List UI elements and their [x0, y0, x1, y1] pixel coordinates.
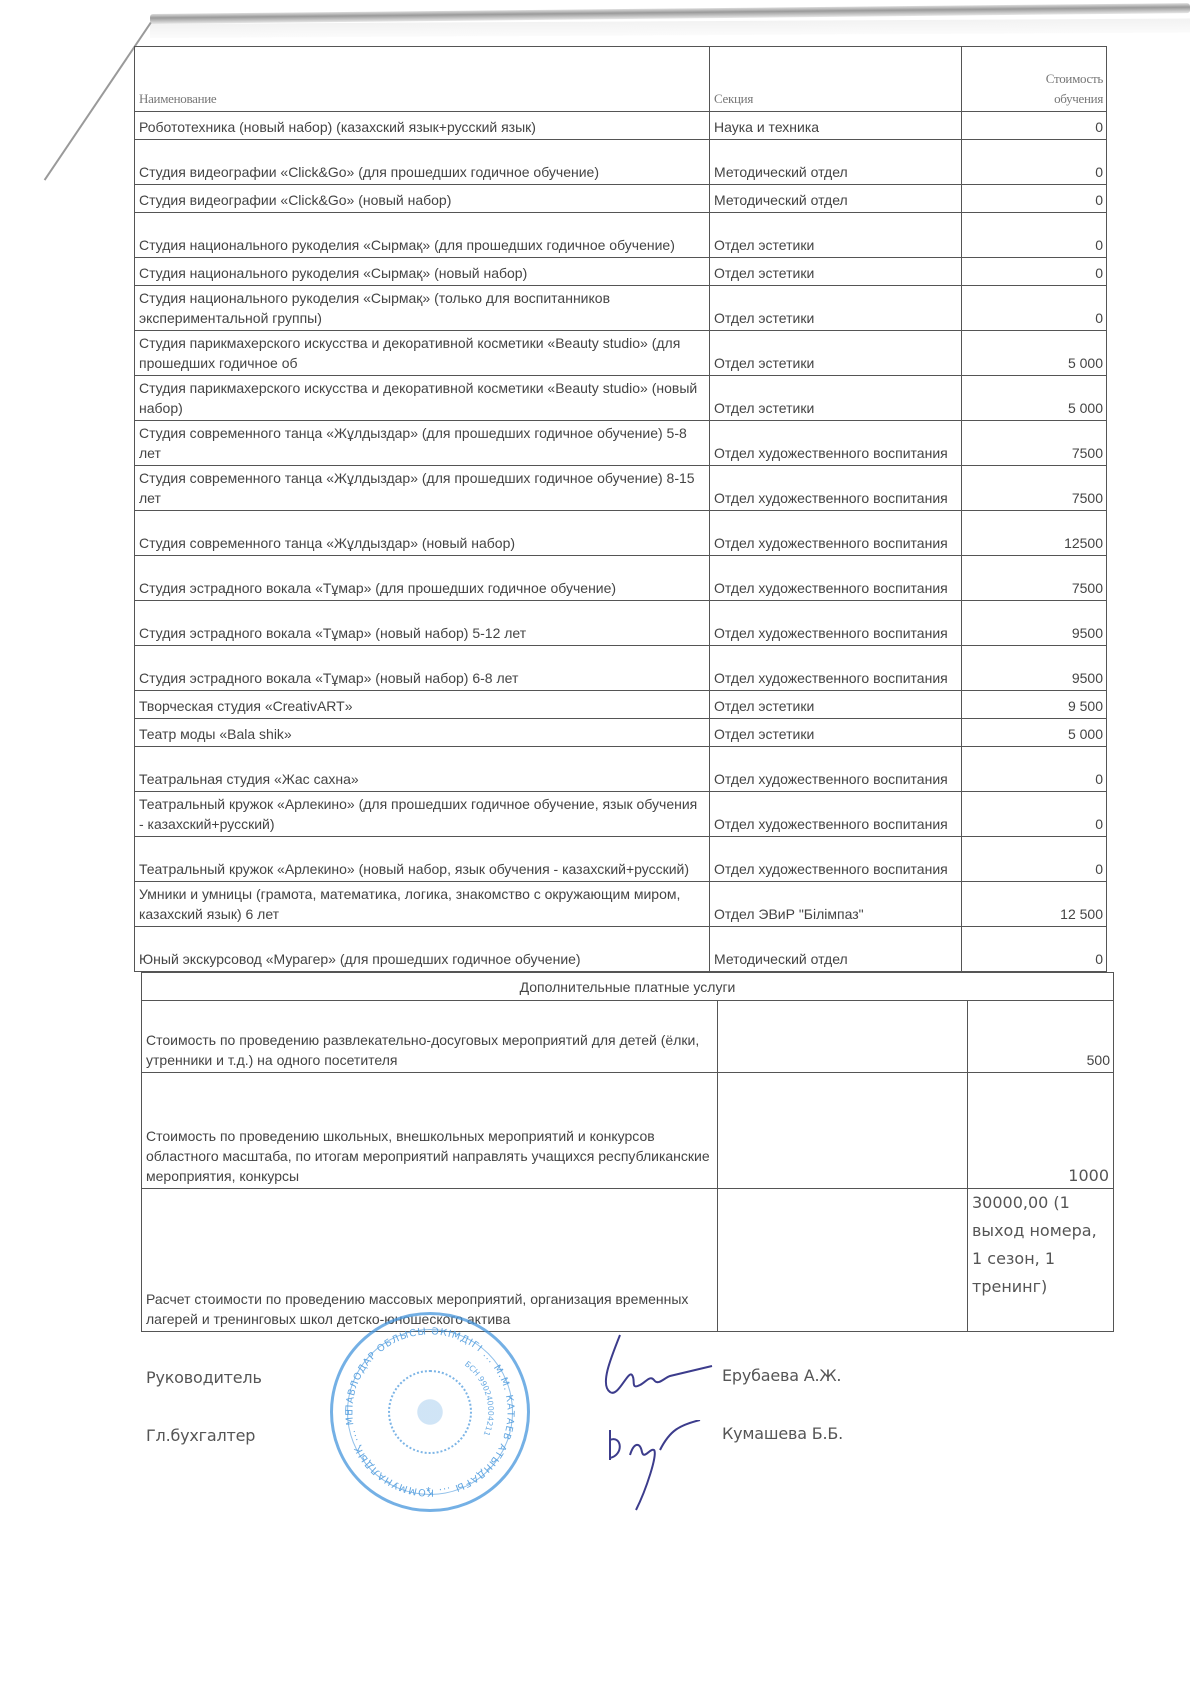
- table-row: Студия эстрадного вокала «Тұмар» (для пр…: [135, 556, 1107, 601]
- extra-name: Расчет стоимости по проведению массовых …: [142, 1189, 718, 1332]
- table-row: Театральный кружок «Арлекино» (для проше…: [135, 792, 1107, 837]
- row-name: Студия парикмахерского искусства и декор…: [135, 376, 710, 421]
- row-name: Студия видеографии «Click&Go» (новый наб…: [135, 185, 710, 213]
- extra-services-title: Дополнительные платные услуги: [142, 973, 1114, 1001]
- row-name: Театральная студия «Жас сахна»: [135, 747, 710, 792]
- row-section: Отдел эстетики: [710, 719, 962, 747]
- row-cost: 5 000: [962, 719, 1107, 747]
- table-row: Театральная студия «Жас сахна»Отдел худо…: [135, 747, 1107, 792]
- extra-name: Стоимость по проведению развлекательно-д…: [142, 1001, 718, 1073]
- row-cost: 7500: [962, 421, 1107, 466]
- row-section: Отдел эстетики: [710, 691, 962, 719]
- row-name: Студия эстрадного вокала «Тұмар» (новый …: [135, 646, 710, 691]
- row-section: Отдел эстетики: [710, 286, 962, 331]
- row-section: Отдел художественного воспитания: [710, 556, 962, 601]
- row-name: Студия современного танца «Жұлдыздар» (н…: [135, 511, 710, 556]
- table-row: Робототехника (новый набор) (казахский я…: [135, 112, 1107, 140]
- row-name: Студия современного танца «Жұлдыздар» (д…: [135, 421, 710, 466]
- extra-services-title-row: Дополнительные платные услуги: [142, 973, 1114, 1001]
- official-stamp: ПАВЛОДАР ОБЛЫСЫ ӘКІМДІГІ ... М.М. КАТАЕВ…: [330, 1312, 530, 1512]
- row-name: Студия национального рукоделия «Сырмақ» …: [135, 213, 710, 258]
- row-cost: 5 000: [962, 331, 1107, 376]
- row-section: Отдел художественного воспитания: [710, 792, 962, 837]
- director-signature: [580, 1330, 720, 1410]
- row-name: Студия эстрадного вокала «Тұмар» (новый …: [135, 601, 710, 646]
- row-name: Театральный кружок «Арлекино» (новый наб…: [135, 837, 710, 882]
- accountant-label: Гл.бухгалтер: [146, 1426, 255, 1445]
- table-header-row: Наименование Секция Стоимостьобучения: [135, 47, 1107, 112]
- header-cost-line2: обучения: [1054, 91, 1103, 106]
- row-name: Творческая студия «CreativART»: [135, 691, 710, 719]
- director-name: Ерубаева А.Ж.: [722, 1366, 841, 1385]
- table-row: Юный экскурсовод «Мурагер» (для прошедши…: [135, 927, 1107, 972]
- table-row: Студия национального рукоделия «Сырмақ» …: [135, 286, 1107, 331]
- table-row: Стоимость по проведению развлекательно-д…: [142, 1001, 1114, 1073]
- row-cost: 0: [962, 213, 1107, 258]
- row-cost: 0: [962, 185, 1107, 213]
- row-section: Наука и техника: [710, 112, 962, 140]
- row-cost: 0: [962, 927, 1107, 972]
- row-cost: 0: [962, 747, 1107, 792]
- row-name: Театр моды «Bala shik»: [135, 719, 710, 747]
- row-name: Театральный кружок «Арлекино» (для проше…: [135, 792, 710, 837]
- row-cost: 9500: [962, 601, 1107, 646]
- svg-text:БСН 990240004211: БСН 990240004211: [463, 1359, 495, 1437]
- row-cost: 0: [962, 837, 1107, 882]
- header-name: Наименование: [135, 47, 710, 112]
- extra-name: Стоимость по проведению школьных, внешко…: [142, 1073, 718, 1189]
- row-name: Студия видеографии «Click&Go» (для проше…: [135, 140, 710, 185]
- row-name: Умники и умницы (грамота, математика, ло…: [135, 882, 710, 927]
- row-cost: 9 500: [962, 691, 1107, 719]
- extra-cost: 30000,00 (1 выход номера, 1 сезон, 1 тре…: [968, 1189, 1114, 1332]
- table-row: Студия современного танца «Жұлдыздар» (д…: [135, 421, 1107, 466]
- table-row: Расчет стоимости по проведению массовых …: [142, 1189, 1114, 1332]
- header-cost-line1: Стоимость: [1046, 71, 1103, 86]
- header-cost: Стоимостьобучения: [962, 47, 1107, 112]
- row-cost: 0: [962, 258, 1107, 286]
- row-cost: 9500: [962, 646, 1107, 691]
- extra-services-table: Дополнительные платные услуги Стоимость …: [141, 972, 1114, 1332]
- table-row: Творческая студия «CreativART»Отдел эсте…: [135, 691, 1107, 719]
- table-row: Студия современного танца «Жұлдыздар» (н…: [135, 511, 1107, 556]
- row-name: Студия современного танца «Жұлдыздар» (д…: [135, 466, 710, 511]
- table-row: Студия видеографии «Click&Go» (новый наб…: [135, 185, 1107, 213]
- row-name: Студия парикмахерского искусства и декор…: [135, 331, 710, 376]
- row-cost: 0: [962, 112, 1107, 140]
- row-name: Студия эстрадного вокала «Тұмар» (для пр…: [135, 556, 710, 601]
- table-row: Студия национального рукоделия «Сырмақ» …: [135, 213, 1107, 258]
- extra-cost: 500: [968, 1001, 1114, 1073]
- stamp-text-ring: ПАВЛОДАР ОБЛЫСЫ ӘКІМДІГІ ... М.М. КАТАЕВ…: [333, 1315, 527, 1509]
- accountant-name: Кумашева Б.Б.: [722, 1424, 843, 1443]
- row-section: Отдел художественного воспитания: [710, 601, 962, 646]
- row-section: Отдел эстетики: [710, 376, 962, 421]
- row-cost: 0: [962, 286, 1107, 331]
- table-row: Студия видеографии «Click&Go» (для проше…: [135, 140, 1107, 185]
- table-row: Театр моды «Bala shik»Отдел эстетики5 00…: [135, 719, 1107, 747]
- row-cost: 12 500: [962, 882, 1107, 927]
- extra-section: [718, 1189, 968, 1332]
- table-row: Умники и умницы (грамота, математика, ло…: [135, 882, 1107, 927]
- table-row: Театральный кружок «Арлекино» (новый наб…: [135, 837, 1107, 882]
- row-section: Отдел эстетики: [710, 258, 962, 286]
- tuition-table: Наименование Секция Стоимостьобучения Ро…: [134, 46, 1107, 972]
- row-name: Студия национального рукоделия «Сырмақ» …: [135, 258, 710, 286]
- row-section: Отдел ЭВиР "Білімпаз": [710, 882, 962, 927]
- table-row: Студия парикмахерского искусства и декор…: [135, 376, 1107, 421]
- table-row: Студия современного танца «Жұлдыздар» (д…: [135, 466, 1107, 511]
- table-row: Студия эстрадного вокала «Тұмар» (новый …: [135, 646, 1107, 691]
- row-cost: 0: [962, 792, 1107, 837]
- header-section: Секция: [710, 47, 962, 112]
- row-name: Юный экскурсовод «Мурагер» (для прошедши…: [135, 927, 710, 972]
- row-cost: 5 000: [962, 376, 1107, 421]
- row-cost: 7500: [962, 466, 1107, 511]
- row-section: Отдел эстетики: [710, 331, 962, 376]
- row-section: Отдел художественного воспитания: [710, 466, 962, 511]
- extra-section: [718, 1001, 968, 1073]
- row-cost: 0: [962, 140, 1107, 185]
- table-row: Студия парикмахерского искусства и декор…: [135, 331, 1107, 376]
- director-label: Руководитель: [146, 1368, 262, 1387]
- row-section: Отдел художественного воспитания: [710, 837, 962, 882]
- accountant-signature: [600, 1420, 720, 1520]
- table-row: Стоимость по проведению школьных, внешко…: [142, 1073, 1114, 1189]
- row-cost: 7500: [962, 556, 1107, 601]
- row-section: Методический отдел: [710, 140, 962, 185]
- table-row: Студия эстрадного вокала «Тұмар» (новый …: [135, 601, 1107, 646]
- row-cost: 12500: [962, 511, 1107, 556]
- row-section: Отдел художественного воспитания: [710, 646, 962, 691]
- row-section: Методический отдел: [710, 927, 962, 972]
- row-section: Отдел художественного воспитания: [710, 747, 962, 792]
- svg-text:*: *: [426, 1485, 431, 1498]
- row-section: Отдел художественного воспитания: [710, 511, 962, 556]
- table-row: Студия национального рукоделия «Сырмақ» …: [135, 258, 1107, 286]
- extra-section: [718, 1073, 968, 1189]
- row-section: Отдел художественного воспитания: [710, 421, 962, 466]
- row-name: Студия национального рукоделия «Сырмақ» …: [135, 286, 710, 331]
- extra-cost: 1000: [968, 1073, 1114, 1189]
- row-section: Методический отдел: [710, 185, 962, 213]
- row-name: Робототехника (новый набор) (казахский я…: [135, 112, 710, 140]
- row-section: Отдел эстетики: [710, 213, 962, 258]
